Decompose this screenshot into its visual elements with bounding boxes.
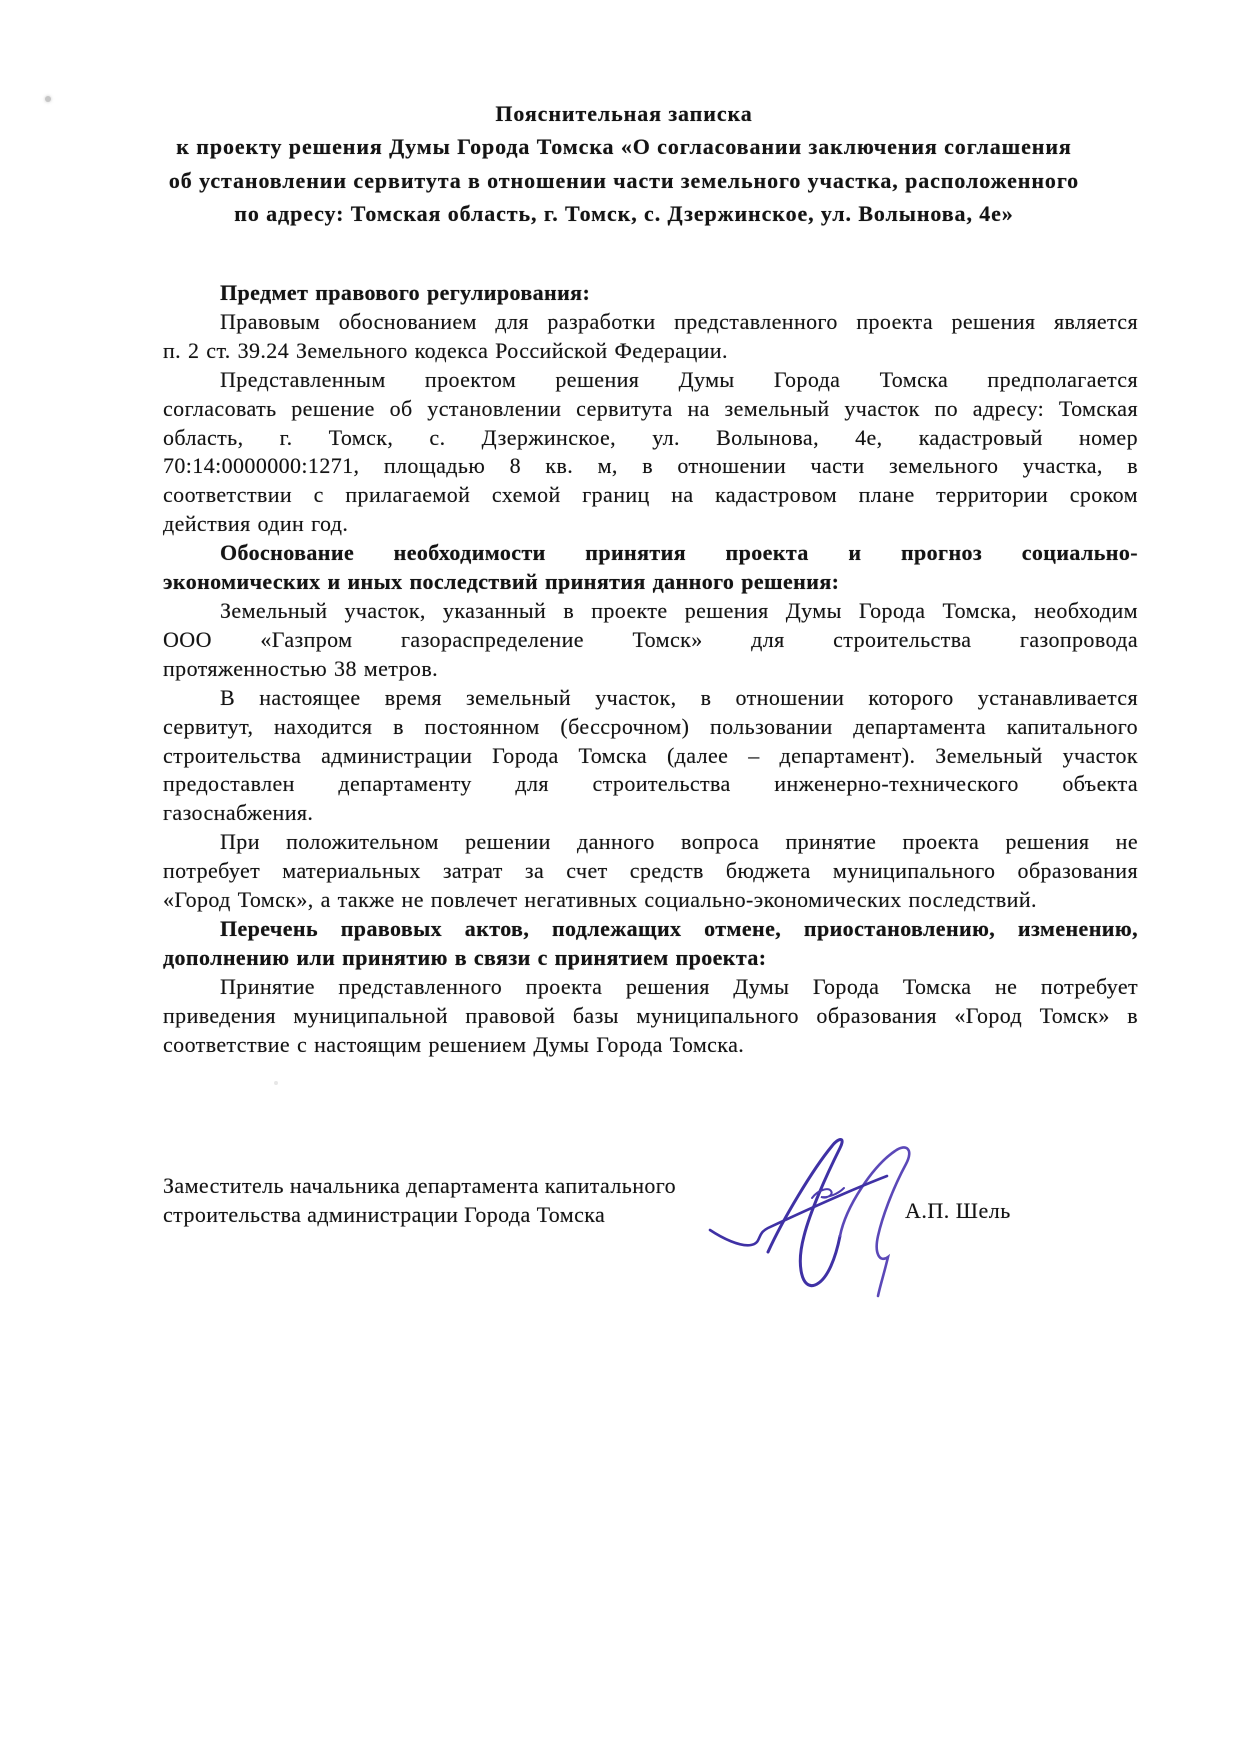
document-title: Пояснительная запискак проекту решения Д…: [114, 97, 1134, 231]
text-line: Предмет правового регулирования:: [163, 279, 1138, 308]
paragraph-budget-impact: При положительном решении данного вопрос…: [163, 828, 1138, 915]
text-line: по адресу: Томская область, г. Томск, с.…: [114, 197, 1134, 230]
text-line: потребует материальных затрат за счет ср…: [163, 857, 1138, 886]
text-line: При положительном решении данного вопрос…: [163, 828, 1138, 857]
text-line: газоснабжения.: [163, 799, 1138, 828]
signatory-position: Заместитель начальника департамента капи…: [163, 1171, 763, 1230]
text-line: область, г. Томск, с. Дзержинское, ул. В…: [163, 424, 1138, 453]
text-line: Перечень правовых актов, подлежащих отме…: [163, 915, 1138, 944]
text-line: Пояснительная записка: [114, 97, 1134, 130]
signature-image: [688, 1124, 932, 1304]
signatory-name: А.П. Шель: [905, 1198, 1011, 1224]
section-heading-subject: Предмет правового регулирования:: [163, 279, 1138, 308]
text-line: «Город Томск», а также не повлечет негат…: [163, 886, 1138, 915]
text-line: п. 2 ст. 39.24 Земельного кодекса Россий…: [163, 337, 1138, 366]
text-line: Принятие представленного проекта решения…: [163, 973, 1138, 1002]
text-line: В настоящее время земельный участок, в о…: [163, 684, 1138, 713]
text-line: соответствии с прилагаемой схемой границ…: [163, 481, 1138, 510]
text-line: действия один год.: [163, 510, 1138, 539]
text-line: Правовым обоснованием для разработки пре…: [163, 308, 1138, 337]
text-line: согласовать решение об установлении серв…: [163, 395, 1138, 424]
scan-speck: [45, 96, 51, 102]
text-line: предоставлен департаменту для строительс…: [163, 770, 1138, 799]
paragraph-legal-acts-impact: Принятие представленного проекта решения…: [163, 973, 1138, 1060]
scan-speck: [274, 1081, 278, 1085]
text-line: 70:14:0000000:1271, площадью 8 кв. м, в …: [163, 452, 1138, 481]
section-heading-legal-acts: Перечень правовых актов, подлежащих отме…: [163, 915, 1138, 973]
text-line: Земельный участок, указанный в проекте р…: [163, 597, 1138, 626]
text-line: ООО «Газпром газораспределение Томск» дл…: [163, 626, 1138, 655]
text-line: экономических и иных последствий приняти…: [163, 568, 1138, 597]
text-line: к проекту решения Думы Города Томска «О …: [114, 130, 1134, 163]
section-heading-justification: Обоснование необходимости принятия проек…: [163, 539, 1138, 597]
document-body: Предмет правового регулирования: Правовы…: [163, 279, 1138, 1059]
text-line: Представленным проектом решения Думы Гор…: [163, 366, 1138, 395]
document-page: Пояснительная запискак проекту решения Д…: [0, 0, 1240, 1753]
paragraph-legal-basis: Правовым обоснованием для разработки пре…: [163, 308, 1138, 366]
text-line: Заместитель начальника департамента капи…: [163, 1171, 763, 1200]
text-line: соответствие с настоящим решением Думы Г…: [163, 1031, 1138, 1060]
text-line: приведения муниципальной правовой базы м…: [163, 1002, 1138, 1031]
text-line: Обоснование необходимости принятия проек…: [163, 539, 1138, 568]
text-line: об установлении сервитута в отношении ча…: [114, 164, 1134, 197]
paragraph-project-description: Представленным проектом решения Думы Гор…: [163, 366, 1138, 539]
text-line: дополнению или принятию в связи с принят…: [163, 944, 1138, 973]
paragraph-current-use: В настоящее время земельный участок, в о…: [163, 684, 1138, 829]
text-line: строительства администрации Города Томск…: [163, 1200, 763, 1229]
text-line: строительства администрации Города Томск…: [163, 742, 1138, 771]
paragraph-land-plot-need: Земельный участок, указанный в проекте р…: [163, 597, 1138, 684]
text-line: сервитут, находится в постоянном (бессро…: [163, 713, 1138, 742]
text-line: протяженностью 38 метров.: [163, 655, 1138, 684]
